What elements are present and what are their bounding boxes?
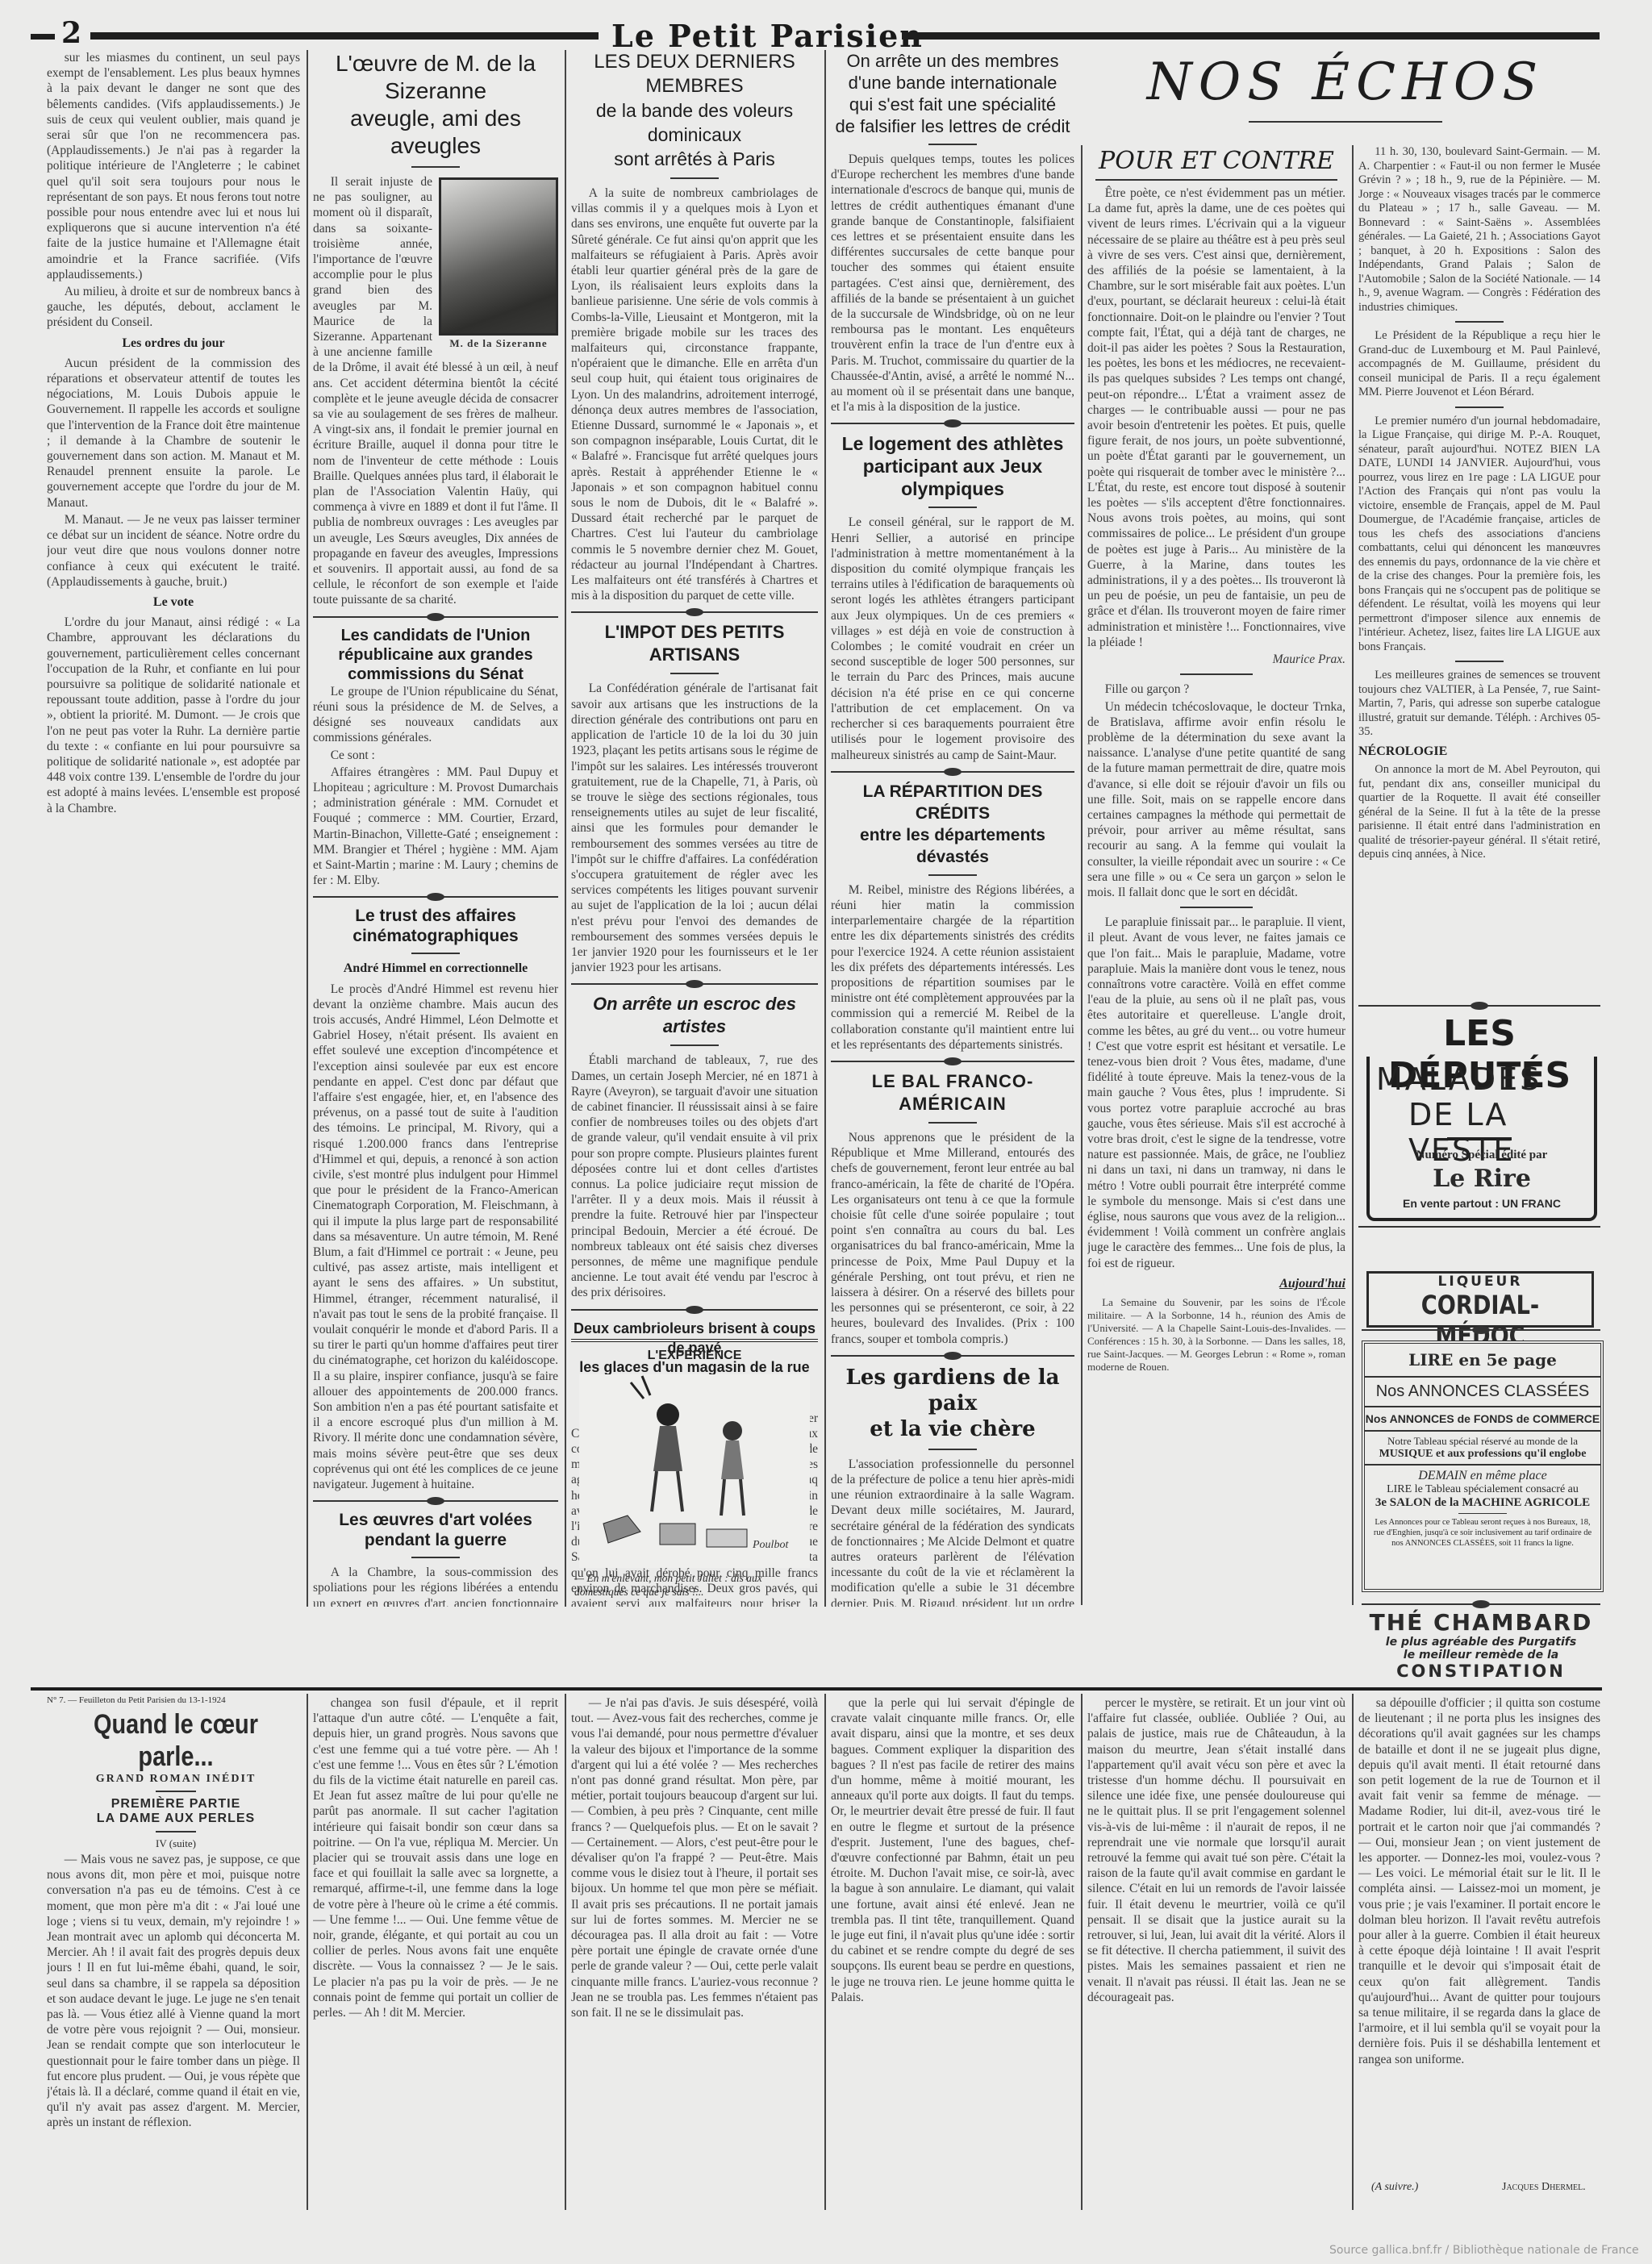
feuilleton-title-block: Quand le cœur parle... GRAND ROMAN INÉDI…: [47, 1708, 305, 1850]
divider: [928, 874, 977, 876]
ad-headline: THÉ CHAMBARD: [1362, 1610, 1600, 1636]
source-credit: Source gallica.bnf.fr / Bibliothèque nat…: [1329, 2244, 1639, 2257]
headline-line: LA RÉPARTITION DES CRÉDITS: [831, 781, 1074, 824]
article-body: Le groupe de l'Union républicaine du Sén…: [313, 684, 558, 746]
column-divider: [824, 1694, 826, 2210]
headline: On arrête un des membres d'une bande int…: [831, 50, 1074, 137]
column-divider: [307, 1694, 308, 2210]
novel-subtitle: GRAND ROMAN INÉDIT: [47, 1773, 305, 1786]
novel-text: changea son fusil d'épaule, et il reprit…: [313, 1695, 558, 2020]
column-divider: [1352, 145, 1354, 1605]
article-body: L'ordre du jour Manaut, ainsi rédigé : «…: [47, 615, 300, 816]
byline: Maurice Prax.: [1087, 652, 1345, 667]
article-body: Ce sont :: [313, 748, 558, 763]
article-body: M. Manaut. — Je ne veux pas laisser term…: [47, 512, 300, 590]
headline-line: entre les départements dévastés: [831, 824, 1074, 868]
novel-text: percer le mystère, se retirait. Et un jo…: [1087, 1695, 1345, 2005]
headline-line: participant aux Jeux olympiques: [831, 455, 1074, 500]
divider: [1447, 1137, 1512, 1140]
headline: L'œuvre de M. de la Sizeranne aveugle, a…: [313, 50, 558, 160]
feuilleton-notice: N° 7. — Feuilleton du Petit Parisien du …: [47, 1695, 305, 1705]
ad-text: le meilleur remède de la: [1362, 1649, 1600, 1662]
headline: Les gardiens de la paix et la vie chère: [831, 1365, 1074, 1442]
headline-line: On arrête un des membres: [831, 50, 1074, 72]
article-body: A la Chambre, la sous-commission des spo…: [313, 1565, 558, 1607]
article-body: 11 h. 30, 130, boulevard Saint-Germain. …: [1358, 145, 1600, 315]
section-heading: Le vote: [47, 594, 300, 610]
ornament-divider: [313, 1500, 558, 1502]
divider: [1180, 907, 1253, 908]
advertisement-the-chambard: THÉ CHAMBARD le plus agréable des Purgat…: [1362, 1610, 1600, 1678]
headline: Le logement des athlètes participant aux…: [831, 432, 1074, 500]
column-5: POUR ET CONTRE Être poète, ce n'est évid…: [1087, 145, 1345, 1605]
photo-caption: M. de la Sizeranne: [439, 336, 558, 351]
ornament-divider: [313, 896, 558, 898]
article-body: Être poète, ce n'est évidemment pas un m…: [1087, 186, 1345, 650]
novel-text: — Mais vous ne savez pas, je suppose, ce…: [47, 1852, 300, 2131]
advertisement-cordial-medoc: LIQUEUR CORDIAL-MÉDOC: [1366, 1271, 1594, 1328]
advertisement-deputes: LES DÉPUTÉS MALADES DE LA VESTE Numéro S…: [1358, 1000, 1600, 1266]
article-body: A la suite de nombreux cambriolages de v…: [571, 186, 818, 603]
novel-text: — Je n'ai pas d'avis. Je suis désespéré,…: [571, 1695, 818, 2020]
column-divider: [565, 50, 566, 1607]
headline-line: Les gardiens de la paix: [831, 1365, 1074, 1416]
ornament-divider: [571, 611, 818, 613]
headline-line: L'œuvre de M. de la Sizeranne: [313, 50, 558, 105]
nos-echos-header: NOS ÉCHOS: [1087, 50, 1604, 147]
subheadline: André Himmel en correctionnelle: [313, 961, 558, 976]
column-divider: [1081, 1694, 1083, 2210]
headline-line: sont arrêtés à Paris: [571, 147, 818, 171]
ad-text: MUSIQUE et aux professions qu'il englobe: [1365, 1448, 1600, 1466]
ad-text: LIQUEUR: [1369, 1274, 1592, 1290]
ornament-divider: [1358, 1005, 1600, 1007]
ad-text: LIRE le Tableau spécialement consacré au: [1365, 1483, 1600, 1496]
ornament-divider: [831, 771, 1074, 773]
part-title: LA DAME AUX PERLES: [47, 1812, 305, 1826]
ad-text: En vente partout : UN FRANC: [1366, 1197, 1597, 1210]
portrait-photo: [439, 177, 558, 336]
headline-line: aveugle, ami des aveugles: [313, 105, 558, 160]
article-body: Le Président de la République a reçu hie…: [1358, 329, 1600, 400]
feuilleton-separator: [31, 1687, 1602, 1691]
ad-text: le plus agréable des Purgatifs: [1362, 1636, 1600, 1649]
headline-line: LES DEUX DERNIERS MEMBRES: [571, 50, 818, 98]
masthead: 2 Le Petit Parisien: [31, 15, 1596, 55]
page-number: 2: [61, 16, 81, 50]
headline: Le trust des affaires cinématographiques: [313, 906, 558, 946]
ad-text: CONSTIPATION: [1362, 1662, 1600, 1681]
ad-text: Le Rire: [1366, 1165, 1597, 1193]
cartoon-block: L'EXPÉRIENCE Poulbot — En m'enlevant, mo…: [571, 1339, 818, 1608]
headline: LA RÉPARTITION DES CRÉDITS entre les dép…: [831, 781, 1074, 868]
column-divider: [1352, 1694, 1354, 2210]
cartoon-illustration-icon: Poulbot: [579, 1374, 810, 1568]
ornament-divider: [1362, 1329, 1600, 1331]
article-subhead: Fille ou garçon ?: [1087, 682, 1345, 697]
column-divider: [565, 1694, 566, 2210]
article-body: Les meilleures graines de semences se tr…: [1358, 669, 1600, 740]
divider: [411, 166, 460, 168]
divider: [670, 1044, 719, 1046]
ornament-divider: [831, 1061, 1074, 1062]
divider: [1455, 661, 1504, 662]
column-divider: [307, 50, 308, 1607]
divider: [670, 673, 719, 674]
headline: On arrête un escroc des artistes: [571, 993, 818, 1038]
column-1: sur les miasmes du continent, un seul pa…: [47, 50, 300, 1607]
ad-text: Notre Tableau spécial réservé au monde d…: [1365, 1432, 1600, 1448]
headline: Les œuvres d'art volées pendant la guerr…: [313, 1510, 558, 1550]
divider: [928, 1449, 977, 1450]
article-body: La Confédération générale de l'artisanat…: [571, 681, 818, 975]
ornament-divider: [571, 1309, 818, 1311]
article-body: sur les miasmes du continent, un seul pa…: [47, 50, 300, 282]
article-body: Nous apprenons que le président de la Ré…: [831, 1130, 1074, 1347]
headline-line: de falsifier les lettres de crédit: [831, 115, 1074, 137]
divider: [1180, 673, 1253, 675]
ad-text: Les Annonces pour ce Tableau seront reçu…: [1365, 1517, 1600, 1549]
section-heading: NÉCROLOGIE: [1358, 744, 1600, 759]
novel-author: Jacques Dhermel.: [1502, 2181, 1586, 2194]
part-label: PREMIÈRE PARTIE: [47, 1797, 305, 1812]
divider: [1458, 1513, 1507, 1514]
divider: [156, 1831, 196, 1832]
divider: [1455, 321, 1504, 323]
to-be-continued: (A suivre.): [1371, 2181, 1418, 2194]
ad-text: MALADES: [1376, 1061, 1541, 1097]
ornament-divider: [313, 616, 558, 618]
headline: Les candidats de l'Union républicaine au…: [313, 626, 558, 684]
ornament-divider: [831, 1355, 1074, 1357]
article-body: Établi marchand de tableaux, 7, rue des …: [571, 1053, 818, 1300]
section-title: NOS ÉCHOS: [1087, 50, 1604, 115]
divider: [411, 953, 460, 954]
novel-title: Quand le cœur parle...: [66, 1708, 286, 1773]
article-body: Depuis quelques temps, toutes les police…: [831, 152, 1074, 415]
section-heading: Les ordres du jour: [47, 336, 300, 351]
section-heading: Aujourd'hui: [1087, 1276, 1345, 1291]
article-body: Le conseil général, sur le rapport de M.…: [831, 515, 1074, 762]
article-body: Aucun président de la commission des rép…: [47, 356, 300, 511]
headline-line: et la vie chère: [831, 1416, 1074, 1442]
feuilleton-column-6: sa dépouille d'officier ; il quitta son …: [1358, 1695, 1600, 2179]
headline-line: de la bande des voleurs dominicaux: [571, 98, 818, 147]
divider: [928, 507, 977, 508]
headline: L'IMPOT DES PETITS ARTISANS: [571, 621, 818, 666]
column-title: POUR ET CONTRE: [1087, 145, 1345, 177]
newspaper-page: 2 Le Petit Parisien sur les miasmes du c…: [0, 0, 1652, 2264]
column-2: L'œuvre de M. de la Sizeranne aveugle, a…: [313, 50, 558, 1607]
ad-text: DEMAIN en même place: [1365, 1466, 1600, 1483]
chapter-label: IV (suite): [47, 1837, 305, 1850]
column-4: On arrête un des membres d'une bande int…: [831, 50, 1074, 1607]
advertisement-annonces: LIRE en 5e page Nos ANNONCES CLASSÉES No…: [1362, 1340, 1604, 1592]
column-divider: [824, 50, 826, 1607]
article-body: On annonce la mort de M. Abel Peyrouton,…: [1358, 763, 1600, 862]
headline-line: qui s'est fait une spécialité: [831, 94, 1074, 115]
ad-text: Numéro Spécial édité par: [1366, 1149, 1597, 1162]
novel-text: que la perle qui lui servait d'épingle d…: [831, 1695, 1074, 2005]
ad-text: Nos ANNONCES CLASSÉES: [1365, 1378, 1600, 1407]
divider: [1095, 179, 1337, 181]
divider: [1455, 407, 1504, 408]
divider: [1358, 1226, 1600, 1228]
ad-text: 3e SALON de la MACHINE AGRICOLE: [1365, 1496, 1600, 1510]
feuilleton-column-4: que la perle qui lui servait d'épingle d…: [831, 1695, 1074, 2207]
divider: [156, 1791, 196, 1792]
svg-text:Poulbot: Poulbot: [752, 1539, 789, 1551]
article-body: L'association professionnelle du personn…: [831, 1457, 1074, 1607]
article-body: Un médecin tchécoslovaque, le docteur Tr…: [1087, 699, 1345, 901]
divider: [928, 1122, 977, 1124]
divider: [411, 1557, 460, 1558]
article-body: M. Reibel, ministre des Régions libérées…: [831, 882, 1074, 1053]
article-body: Le premier numéro d'un journal hebdomada…: [1358, 415, 1600, 655]
divider: [928, 144, 977, 145]
column-divider: [1081, 145, 1083, 1605]
ornament-divider: [1362, 1603, 1600, 1605]
article-body: La Semaine du Souvenir, par les soins de…: [1087, 1296, 1345, 1374]
ad-text: Nos ANNONCES de FONDS de COMMERCE: [1365, 1407, 1600, 1432]
headline: LES DEUX DERNIERS MEMBRES de la bande de…: [571, 50, 818, 171]
ad-text: LIRE en 5e page: [1365, 1344, 1600, 1378]
divider: [1249, 121, 1442, 123]
photo-block: M. de la Sizeranne: [439, 177, 558, 351]
newspaper-title: Le Petit Parisien: [611, 18, 924, 54]
ornament-divider: [831, 423, 1074, 424]
feuilleton-column-3: — Je n'ai pas d'avis. Je suis désespéré,…: [571, 1695, 818, 2207]
cartoon-title: L'EXPÉRIENCE: [571, 1349, 818, 1363]
ornament-divider: [571, 983, 818, 985]
column-6: 11 h. 30, 130, boulevard Saint-Germain. …: [1358, 145, 1600, 992]
divider: [670, 177, 719, 179]
novel-text: sa dépouille d'officier ; il quitta son …: [1358, 1695, 1600, 2067]
feuilleton-column-1: — Mais vous ne savez pas, je suppose, ce…: [47, 1852, 300, 2207]
feuilleton-column-2: changea son fusil d'épaule, et il reprit…: [313, 1695, 558, 2207]
article-body: Le parapluie finissait par... le paraplu…: [1087, 915, 1345, 1271]
feuilleton-column-5: percer le mystère, se retirait. Et un jo…: [1087, 1695, 1345, 2207]
headline: LE BAL FRANCO-AMÉRICAIN: [831, 1070, 1074, 1115]
headline-line: Le logement des athlètes: [831, 432, 1074, 455]
article-body: Au milieu, à droite et sur de nombreux b…: [47, 284, 300, 331]
article-body: Affaires étrangères : MM. Paul Dupuy et …: [313, 765, 558, 889]
headline-line: d'une bande internationale: [831, 72, 1074, 94]
article-body: Le procès d'André Himmel est revenu hier…: [313, 982, 558, 1493]
cartoon-caption: — En m'enlevant, mon petit Juliet : dis …: [574, 1571, 815, 1599]
